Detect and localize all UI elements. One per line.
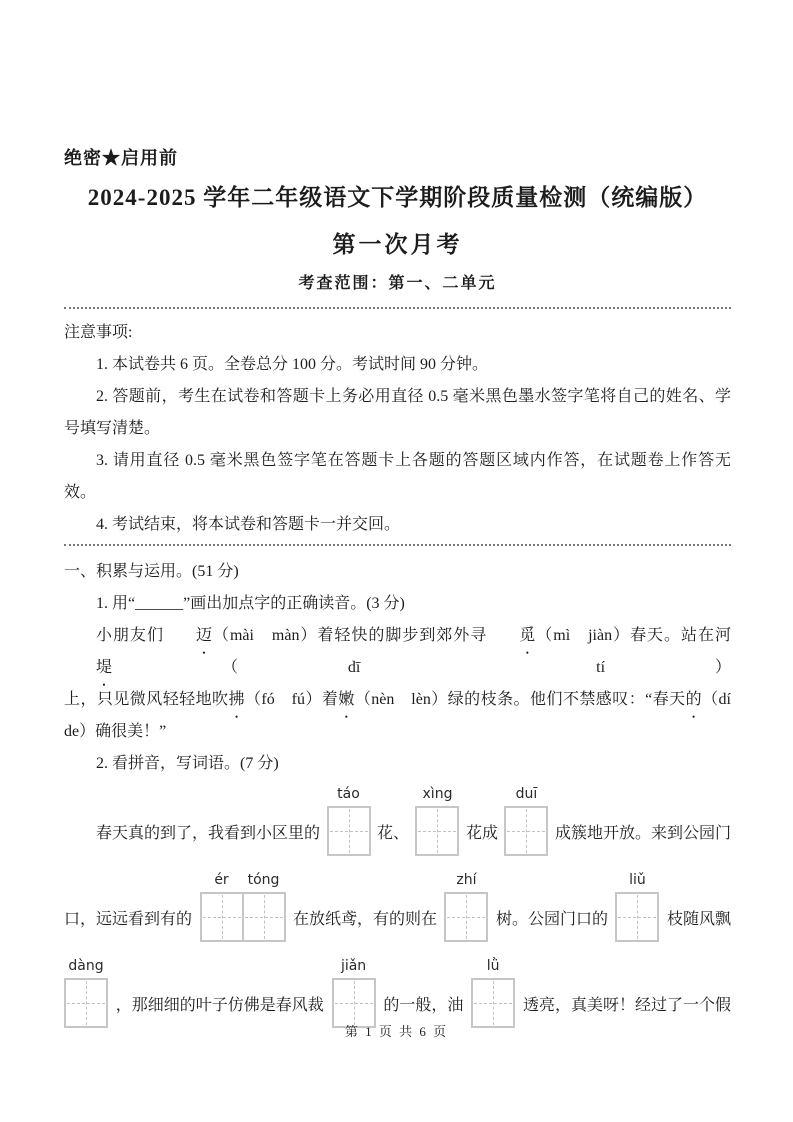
row-text: 成簇地开放。来到公园门 xyxy=(555,820,731,843)
q2-pinyin-row-2: 口，远远看到有的értóng在放纸鸢，有的则在zhí树。公园门口的liǔ枝随风飘 xyxy=(64,866,731,952)
passage-text: de）确很美！” xyxy=(64,723,166,740)
answer-box-group: táo xyxy=(327,806,371,856)
exam-name-subtitle: 第一次月考 xyxy=(64,230,731,260)
question-2-prompt: 2. 看拼音，写词语。(7 分) xyxy=(64,748,731,780)
passage-text: （nèn lèn）绿的枝条。他们不禁感叹：“春天 xyxy=(354,691,685,708)
row-text: 在放纸鸢，有的则在 xyxy=(293,906,437,929)
dotted-char: 的 xyxy=(686,684,702,716)
answer-box-unit: xìng xyxy=(415,806,459,856)
dashed-divider-top xyxy=(64,307,731,309)
answer-box-unit: liǔ xyxy=(615,892,659,942)
pinyin-label: duī xyxy=(504,784,548,804)
pinyin-label: táo xyxy=(327,784,371,804)
dotted-char: 堤 xyxy=(64,652,112,684)
pinyin-label: tóng xyxy=(242,870,286,890)
passage-text: （fó fú）着 xyxy=(245,691,339,708)
writing-grid-box xyxy=(415,806,459,856)
writing-grid-box xyxy=(200,892,244,942)
notice-item-3: 3. 请用直径 0.5 毫米黑色签字笔在答题卡上各题的答题区域内作答，在试题卷上… xyxy=(64,445,731,509)
dotted-char: 拂 xyxy=(229,684,245,716)
section-1-heading: 一、积累与运用。(51 分) xyxy=(64,556,731,588)
writing-grid-box xyxy=(504,806,548,856)
writing-grid-box xyxy=(444,892,488,942)
notices-heading: 注意事项: xyxy=(64,317,731,349)
answer-box-group: xìng xyxy=(415,806,459,856)
passage-text: 上，只见微风轻轻地吹 xyxy=(64,691,229,708)
row-text: 春天真的到了，我看到小区里的 xyxy=(64,820,320,843)
question-1-prompt: 1. 用“______”画出加点字的正确读音。(3 分) xyxy=(64,588,731,620)
notice-item-2: 2. 答题前，考生在试卷和答题卡上务必用直径 0.5 毫米黑色墨水签字笔将自己的… xyxy=(64,381,731,445)
row-text: 树。公园门口的 xyxy=(496,906,608,929)
pinyin-label: liǔ xyxy=(615,870,659,890)
writing-grid-box xyxy=(615,892,659,942)
exam-paper-page: 绝密★启用前 2024-2025 学年二年级语文下学期阶段质量检测（统编版） 第… xyxy=(0,0,793,1122)
passage-text: 小朋友们 xyxy=(96,627,164,644)
page-title: 2024-2025 学年二年级语文下学期阶段质量检测（统编版） xyxy=(64,182,731,214)
passage-text: （mì jiàn）春天。站在河 xyxy=(535,627,731,644)
row-text: 的一般，油 xyxy=(383,992,463,1015)
passage-text: （mài màn）着轻快的脚步到郊外寻 xyxy=(212,627,487,644)
row-text: 花、 xyxy=(377,820,409,843)
answer-box-unit: zhí xyxy=(444,892,488,942)
row-text: ，那细细的叶子仿佛是春风裁 xyxy=(116,992,324,1015)
pinyin-label: jiǎn xyxy=(332,956,376,976)
page-number-footer: 第 1 页 共 6 页 xyxy=(0,1021,793,1040)
answer-box-group: liǔ xyxy=(615,892,659,942)
notice-item-1: 1. 本试卷共 6 页。全卷总分 100 分。考试时间 90 分钟。 xyxy=(64,349,731,381)
answer-box-unit: ér xyxy=(200,892,244,942)
answer-box-unit: duī xyxy=(504,806,548,856)
classification-label: 绝密★启用前 xyxy=(64,146,731,170)
q1-passage-line-1: 小朋友们迈（mài màn）着轻快的脚步到郊外寻觅（mì jiàn）春天。站在河… xyxy=(64,620,731,684)
passage-text: （dí xyxy=(702,691,731,708)
dashed-divider-bottom xyxy=(64,544,731,546)
answer-box-group: duī xyxy=(504,806,548,856)
pinyin-label: ér xyxy=(200,870,244,890)
row-text: 枝随风飘 xyxy=(667,906,731,929)
writing-grid-box xyxy=(242,892,286,942)
answer-box-group: zhí xyxy=(444,892,488,942)
pinyin-label: lǜ xyxy=(471,956,515,976)
notice-item-4: 4. 考试结束，将本试卷和答题卡一并交回。 xyxy=(64,509,731,541)
pinyin-label: zhí xyxy=(444,870,488,890)
answer-box-unit: táo xyxy=(327,806,371,856)
notices-block: 注意事项: 1. 本试卷共 6 页。全卷总分 100 分。考试时间 90 分钟。… xyxy=(64,317,731,541)
answer-box-unit: tóng xyxy=(242,892,286,942)
writing-grid-box xyxy=(327,806,371,856)
q2-pinyin-row-1: 春天真的到了，我看到小区里的táo花、xìng花成duī成簇地开放。来到公园门 xyxy=(64,780,731,866)
row-text: 透亮，真美呀！经过了一个假 xyxy=(523,992,731,1015)
dotted-char: 迈 xyxy=(164,620,212,652)
dotted-char: 觅 xyxy=(487,620,535,652)
row-text: 口，远远看到有的 xyxy=(64,906,192,929)
q1-passage-line-2: 上，只见微风轻轻地吹拂（fó fú）着嫩（nèn lèn）绿的枝条。他们不禁感叹… xyxy=(64,684,731,716)
dotted-char: 嫩 xyxy=(338,684,354,716)
answer-box-group: értóng xyxy=(200,892,286,942)
pinyin-label: xìng xyxy=(415,784,459,804)
passage-text: （dī tí） xyxy=(112,659,731,676)
exam-scope: 考查范围：第一、二单元 xyxy=(64,273,731,295)
pinyin-label: dàng xyxy=(64,956,108,976)
row-text: 花成 xyxy=(466,820,498,843)
q1-passage-line-3: de）确很美！” xyxy=(64,716,731,748)
